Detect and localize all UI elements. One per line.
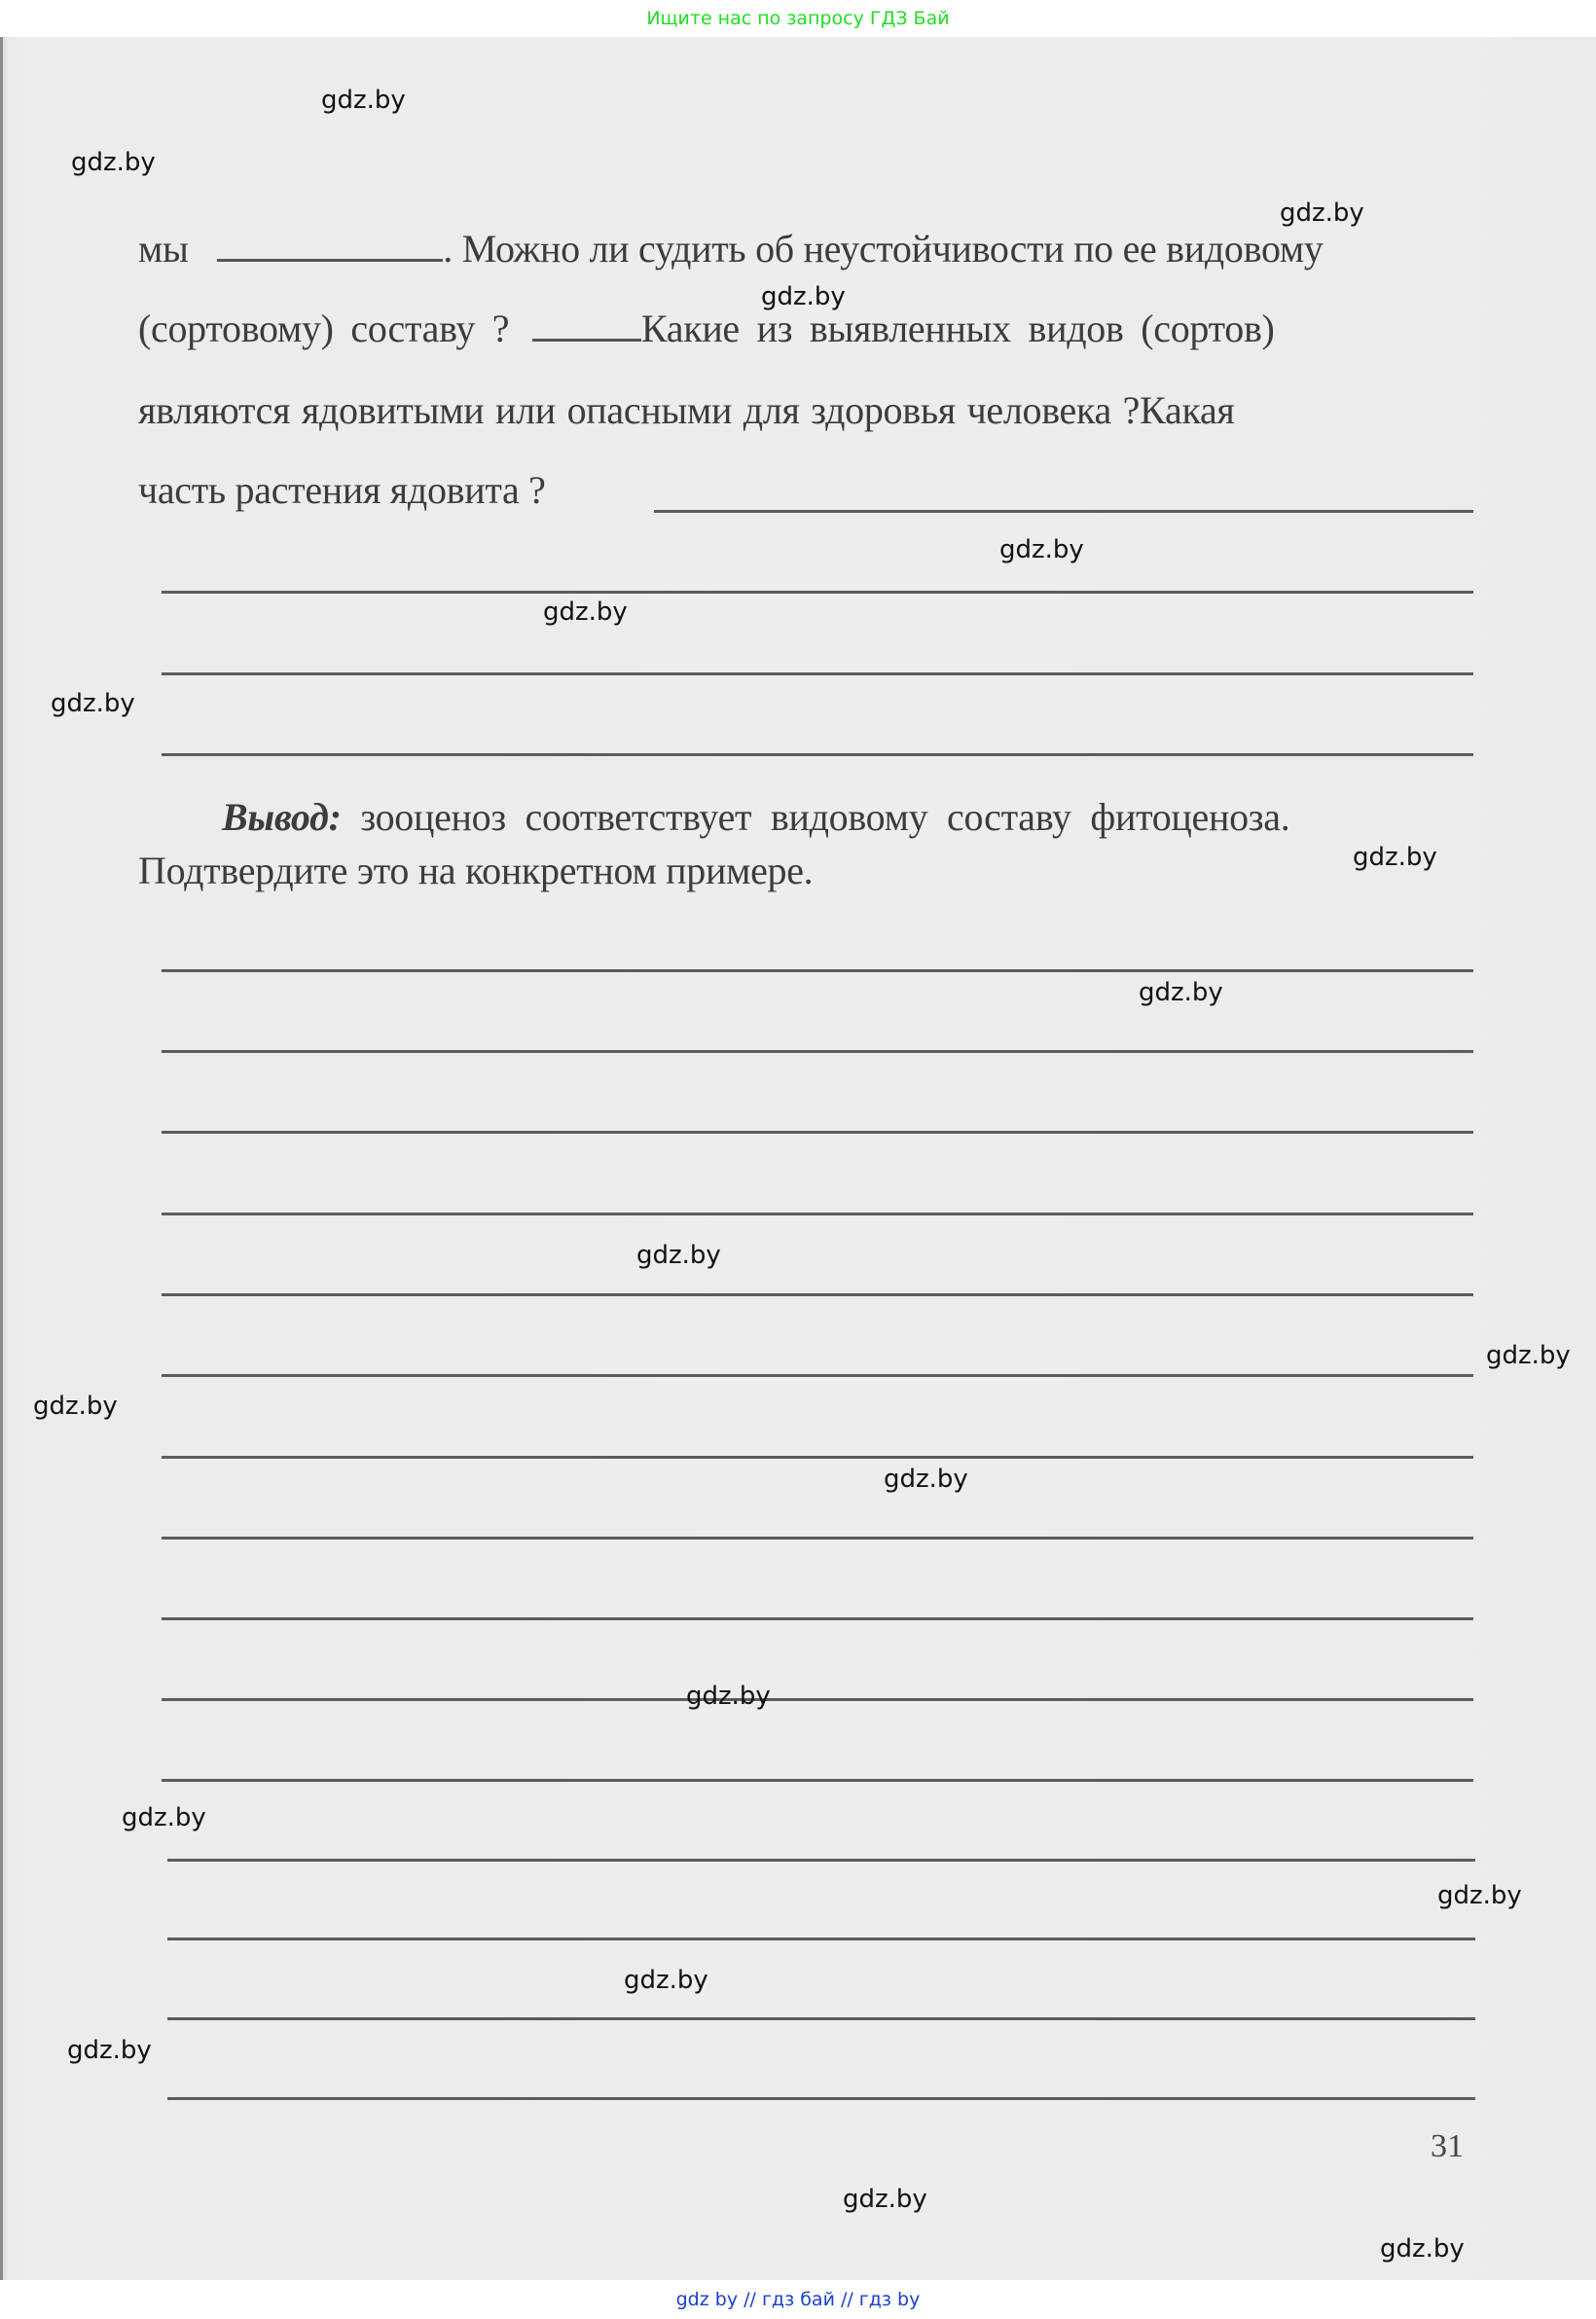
watermark: gdz.by [1486, 1341, 1571, 1370]
question-line-4: часть растения ядовита ? [138, 467, 546, 514]
conclusion-label: Вывод: [222, 795, 342, 839]
answer-line[interactable] [162, 1537, 1473, 1540]
answer-line[interactable] [162, 672, 1473, 675]
answer-line[interactable] [162, 1050, 1473, 1053]
watermark: gdz.by [636, 1241, 721, 1270]
answer-line[interactable] [167, 2097, 1475, 2100]
watermark: gdz.by [999, 535, 1084, 564]
answer-line[interactable] [162, 1374, 1473, 1377]
workbook-page [0, 37, 1596, 2280]
answer-line[interactable] [162, 753, 1473, 756]
question-line-3: являются ядовитыми или опасными для здор… [138, 387, 1235, 434]
answer-line[interactable] [167, 2017, 1475, 2020]
conclusion-line-2: Подтвердите это на конкретном примере. [138, 848, 813, 894]
watermark: gdz.by [884, 1465, 968, 1494]
question-line-2: (сортовому) составу ? Какие из выявленны… [138, 306, 1275, 352]
watermark: gdz.by [686, 1682, 771, 1711]
answer-line[interactable] [162, 1617, 1473, 1620]
conclusion-line-1-rest: зооценоз соответствует видовому составу … [342, 795, 1290, 839]
question-line-1-prefix: мы [138, 227, 189, 271]
answer-line[interactable] [162, 1698, 1473, 1701]
watermark: gdz.by [1353, 843, 1437, 872]
watermark: gdz.by [624, 1966, 708, 1995]
watermark: gdz.by [843, 2185, 927, 2214]
watermark: gdz.by [1380, 2234, 1465, 2264]
answer-line[interactable] [167, 1938, 1475, 1940]
watermark: gdz.by [761, 282, 846, 311]
watermark: gdz.by [51, 689, 135, 718]
answer-line[interactable] [162, 1293, 1473, 1296]
answer-line[interactable] [162, 969, 1473, 972]
answer-blank-1[interactable] [217, 249, 443, 262]
page-number: 31 [1431, 2128, 1464, 2165]
bottom-banner[interactable]: gdz by // гдз бай // гдз by [0, 2280, 1596, 2319]
watermark: gdz.by [122, 1803, 206, 1832]
question-line-1-rest: . Можно ли судить об неустойчивости по е… [443, 227, 1323, 271]
answer-line[interactable] [162, 1131, 1473, 1134]
watermark: gdz.by [71, 148, 156, 177]
watermark: gdz.by [33, 1392, 118, 1421]
top-banner[interactable]: Ищите нас по запросу ГДЗ Бай [0, 0, 1596, 37]
question-line-2-start: (сортовому) составу ? [138, 307, 509, 350]
watermark: gdz.by [1437, 1881, 1522, 1910]
question-line-1: мы . Можно ли судить об неустойчивости п… [138, 226, 1324, 272]
watermark: gdz.by [543, 598, 628, 627]
answer-blank-2[interactable] [532, 329, 641, 342]
watermark: gdz.by [1139, 978, 1223, 1007]
answer-line[interactable] [162, 1779, 1473, 1782]
watermark: gdz.by [67, 2036, 152, 2065]
answer-line[interactable] [162, 1456, 1473, 1459]
question-line-2-rest: Какие из выявленных видов (сортов) [641, 307, 1275, 350]
answer-line[interactable] [167, 1859, 1475, 1862]
conclusion-line-1: Вывод: зооценоз соответствует видовому с… [222, 794, 1289, 841]
answer-line[interactable] [162, 1213, 1473, 1215]
answer-line[interactable] [162, 591, 1473, 594]
answer-line[interactable] [654, 510, 1473, 513]
watermark: gdz.by [1280, 199, 1364, 228]
watermark: gdz.by [321, 86, 406, 115]
